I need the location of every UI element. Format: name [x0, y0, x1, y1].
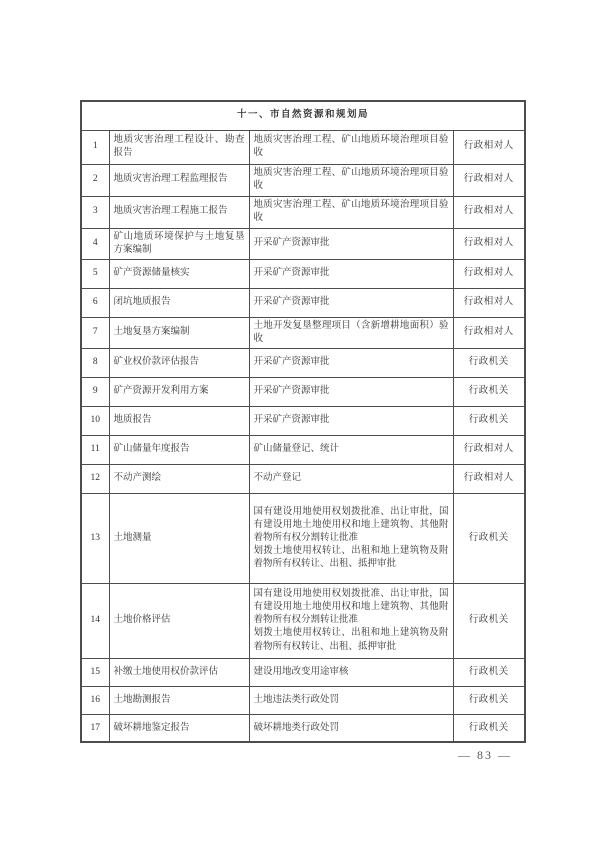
item-name-cell: 地质灾害治理工程设计、勘查报告 — [109, 130, 249, 164]
scope-cell: 建设用地改变用途审核 — [249, 658, 453, 686]
target-cell: 行政相对人 — [453, 164, 525, 196]
row-number-cell: 6 — [81, 288, 109, 317]
target-cell: 行政相对人 — [453, 130, 525, 164]
target-cell: 行政相对人 — [453, 196, 525, 228]
target-cell: 行政相对人 — [453, 317, 525, 348]
scope-cell: 地质灾害治理工程、矿山地质环境治理项目验收 — [249, 196, 453, 228]
item-name-cell: 地质报告 — [109, 406, 249, 435]
table-row: 13 土地测量 国有建设用地使用权划拨批准、出让审批，国有建设用地土地使用权和地… — [81, 493, 525, 583]
table-row: 2 地质灾害治理工程监理报告 地质灾害治理工程、矿山地质环境治理项目验收 行政相… — [81, 164, 525, 196]
scope-cell: 开采矿产资源审批 — [249, 228, 453, 259]
item-name-cell: 土地复垦方案编制 — [109, 317, 249, 348]
scope-cell: 开采矿产资源审批 — [249, 377, 453, 406]
item-name-cell: 地质灾害治理工程施工报告 — [109, 196, 249, 228]
item-name-cell: 矿山地质环境保护与土地复垦方案编制 — [109, 228, 249, 259]
scope-cell: 不动产登记 — [249, 464, 453, 493]
scope-cell: 开采矿产资源审批 — [249, 406, 453, 435]
table-row: 1 地质灾害治理工程设计、勘查报告 地质灾害治理工程、矿山地质环境治理项目验收 … — [81, 130, 525, 164]
table-row: 4 矿山地质环境保护与土地复垦方案编制 开采矿产资源审批 行政相对人 — [81, 228, 525, 259]
scope-cell: 开采矿产资源审批 — [249, 259, 453, 288]
target-cell: 行政机关 — [453, 348, 525, 377]
item-name-cell: 补缴土地使用权价款评估 — [109, 658, 249, 686]
table-row: 11 矿山储量年度报告 矿山储量登记、统计 行政相对人 — [81, 435, 525, 464]
item-name-cell: 矿山储量年度报告 — [109, 435, 249, 464]
row-number-cell: 8 — [81, 348, 109, 377]
items-table: 十一、市自然资源和规划局 1 地质灾害治理工程设计、勘查报告 地质灾害治理工程、… — [80, 100, 526, 743]
row-number-cell: 3 — [81, 196, 109, 228]
table-row: 8 矿业权价款评估报告 开采矿产资源审批 行政机关 — [81, 348, 525, 377]
table-row: 9 矿产资源开发利用方案 开采矿产资源审批 行政机关 — [81, 377, 525, 406]
item-name-cell: 不动产测绘 — [109, 464, 249, 493]
target-cell: 行政相对人 — [453, 464, 525, 493]
row-number-cell: 7 — [81, 317, 109, 348]
table-row: 5 矿产资源储量核实 开采矿产资源审批 行政相对人 — [81, 259, 525, 288]
target-cell: 行政机关 — [453, 493, 525, 583]
scope-cell: 土地开发复垦整理项目（含新增耕地面积）验收 — [249, 317, 453, 348]
page-number: — 83 — — [458, 748, 512, 763]
target-cell: 行政相对人 — [453, 288, 525, 317]
table-row: 17 破坏耕地鉴定报告 破坏耕地类行政处罚 行政机关 — [81, 714, 525, 742]
section-title-row: 十一、市自然资源和规划局 — [81, 101, 525, 130]
scope-cell: 地质灾害治理工程、矿山地质环境治理项目验收 — [249, 164, 453, 196]
scope-cell: 国有建设用地使用权划拨批准、出让审批，国有建设用地土地使用权和地上建筑物、其他附… — [249, 583, 453, 658]
row-number-cell: 15 — [81, 658, 109, 686]
row-number-cell: 9 — [81, 377, 109, 406]
table-row: 15 补缴土地使用权价款评估 建设用地改变用途审核 行政机关 — [81, 658, 525, 686]
scope-cell: 开采矿产资源审批 — [249, 348, 453, 377]
scope-cell: 地质灾害治理工程、矿山地质环境治理项目验收 — [249, 130, 453, 164]
target-cell: 行政机关 — [453, 406, 525, 435]
item-name-cell: 破坏耕地鉴定报告 — [109, 714, 249, 742]
row-number-cell: 12 — [81, 464, 109, 493]
row-number-cell: 5 — [81, 259, 109, 288]
target-cell: 行政机关 — [453, 714, 525, 742]
item-name-cell: 矿业权价款评估报告 — [109, 348, 249, 377]
row-number-cell: 14 — [81, 583, 109, 658]
item-name-cell: 闭坑地质报告 — [109, 288, 249, 317]
scope-cell: 国有建设用地使用权划拨批准、出让审批，国有建设用地土地使用权和地上建筑物、其他附… — [249, 493, 453, 583]
table-row: 16 土地勘测报告 土地违法类行政处罚 行政机关 — [81, 686, 525, 714]
scope-cell: 土地违法类行政处罚 — [249, 686, 453, 714]
row-number-cell: 16 — [81, 686, 109, 714]
row-number-cell: 17 — [81, 714, 109, 742]
target-cell: 行政相对人 — [453, 435, 525, 464]
row-number-cell: 4 — [81, 228, 109, 259]
table-row: 6 闭坑地质报告 开采矿产资源审批 行政相对人 — [81, 288, 525, 317]
table-row: 10 地质报告 开采矿产资源审批 行政机关 — [81, 406, 525, 435]
target-cell: 行政机关 — [453, 658, 525, 686]
item-name-cell: 土地价格评估 — [109, 583, 249, 658]
row-number-cell: 2 — [81, 164, 109, 196]
item-name-cell: 土地勘测报告 — [109, 686, 249, 714]
table-row: 7 土地复垦方案编制 土地开发复垦整理项目（含新增耕地面积）验收 行政相对人 — [81, 317, 525, 348]
item-name-cell: 矿产资源开发利用方案 — [109, 377, 249, 406]
target-cell: 行政机关 — [453, 377, 525, 406]
scope-cell: 矿山储量登记、统计 — [249, 435, 453, 464]
item-name-cell: 土地测量 — [109, 493, 249, 583]
row-number-cell: 1 — [81, 130, 109, 164]
scope-cell: 破坏耕地类行政处罚 — [249, 714, 453, 742]
target-cell: 行政相对人 — [453, 228, 525, 259]
item-name-cell: 矿产资源储量核实 — [109, 259, 249, 288]
row-number-cell: 11 — [81, 435, 109, 464]
table-row: 12 不动产测绘 不动产登记 行政相对人 — [81, 464, 525, 493]
row-number-cell: 13 — [81, 493, 109, 583]
document-page: 十一、市自然资源和规划局 1 地质灾害治理工程设计、勘查报告 地质灾害治理工程、… — [0, 0, 600, 848]
table-row: 14 土地价格评估 国有建设用地使用权划拨批准、出让审批，国有建设用地土地使用权… — [81, 583, 525, 658]
table-row: 3 地质灾害治理工程施工报告 地质灾害治理工程、矿山地质环境治理项目验收 行政相… — [81, 196, 525, 228]
section-title: 十一、市自然资源和规划局 — [81, 101, 525, 130]
row-number-cell: 10 — [81, 406, 109, 435]
target-cell: 行政机关 — [453, 583, 525, 658]
item-name-cell: 地质灾害治理工程监理报告 — [109, 164, 249, 196]
target-cell: 行政机关 — [453, 686, 525, 714]
scope-cell: 开采矿产资源审批 — [249, 288, 453, 317]
target-cell: 行政相对人 — [453, 259, 525, 288]
